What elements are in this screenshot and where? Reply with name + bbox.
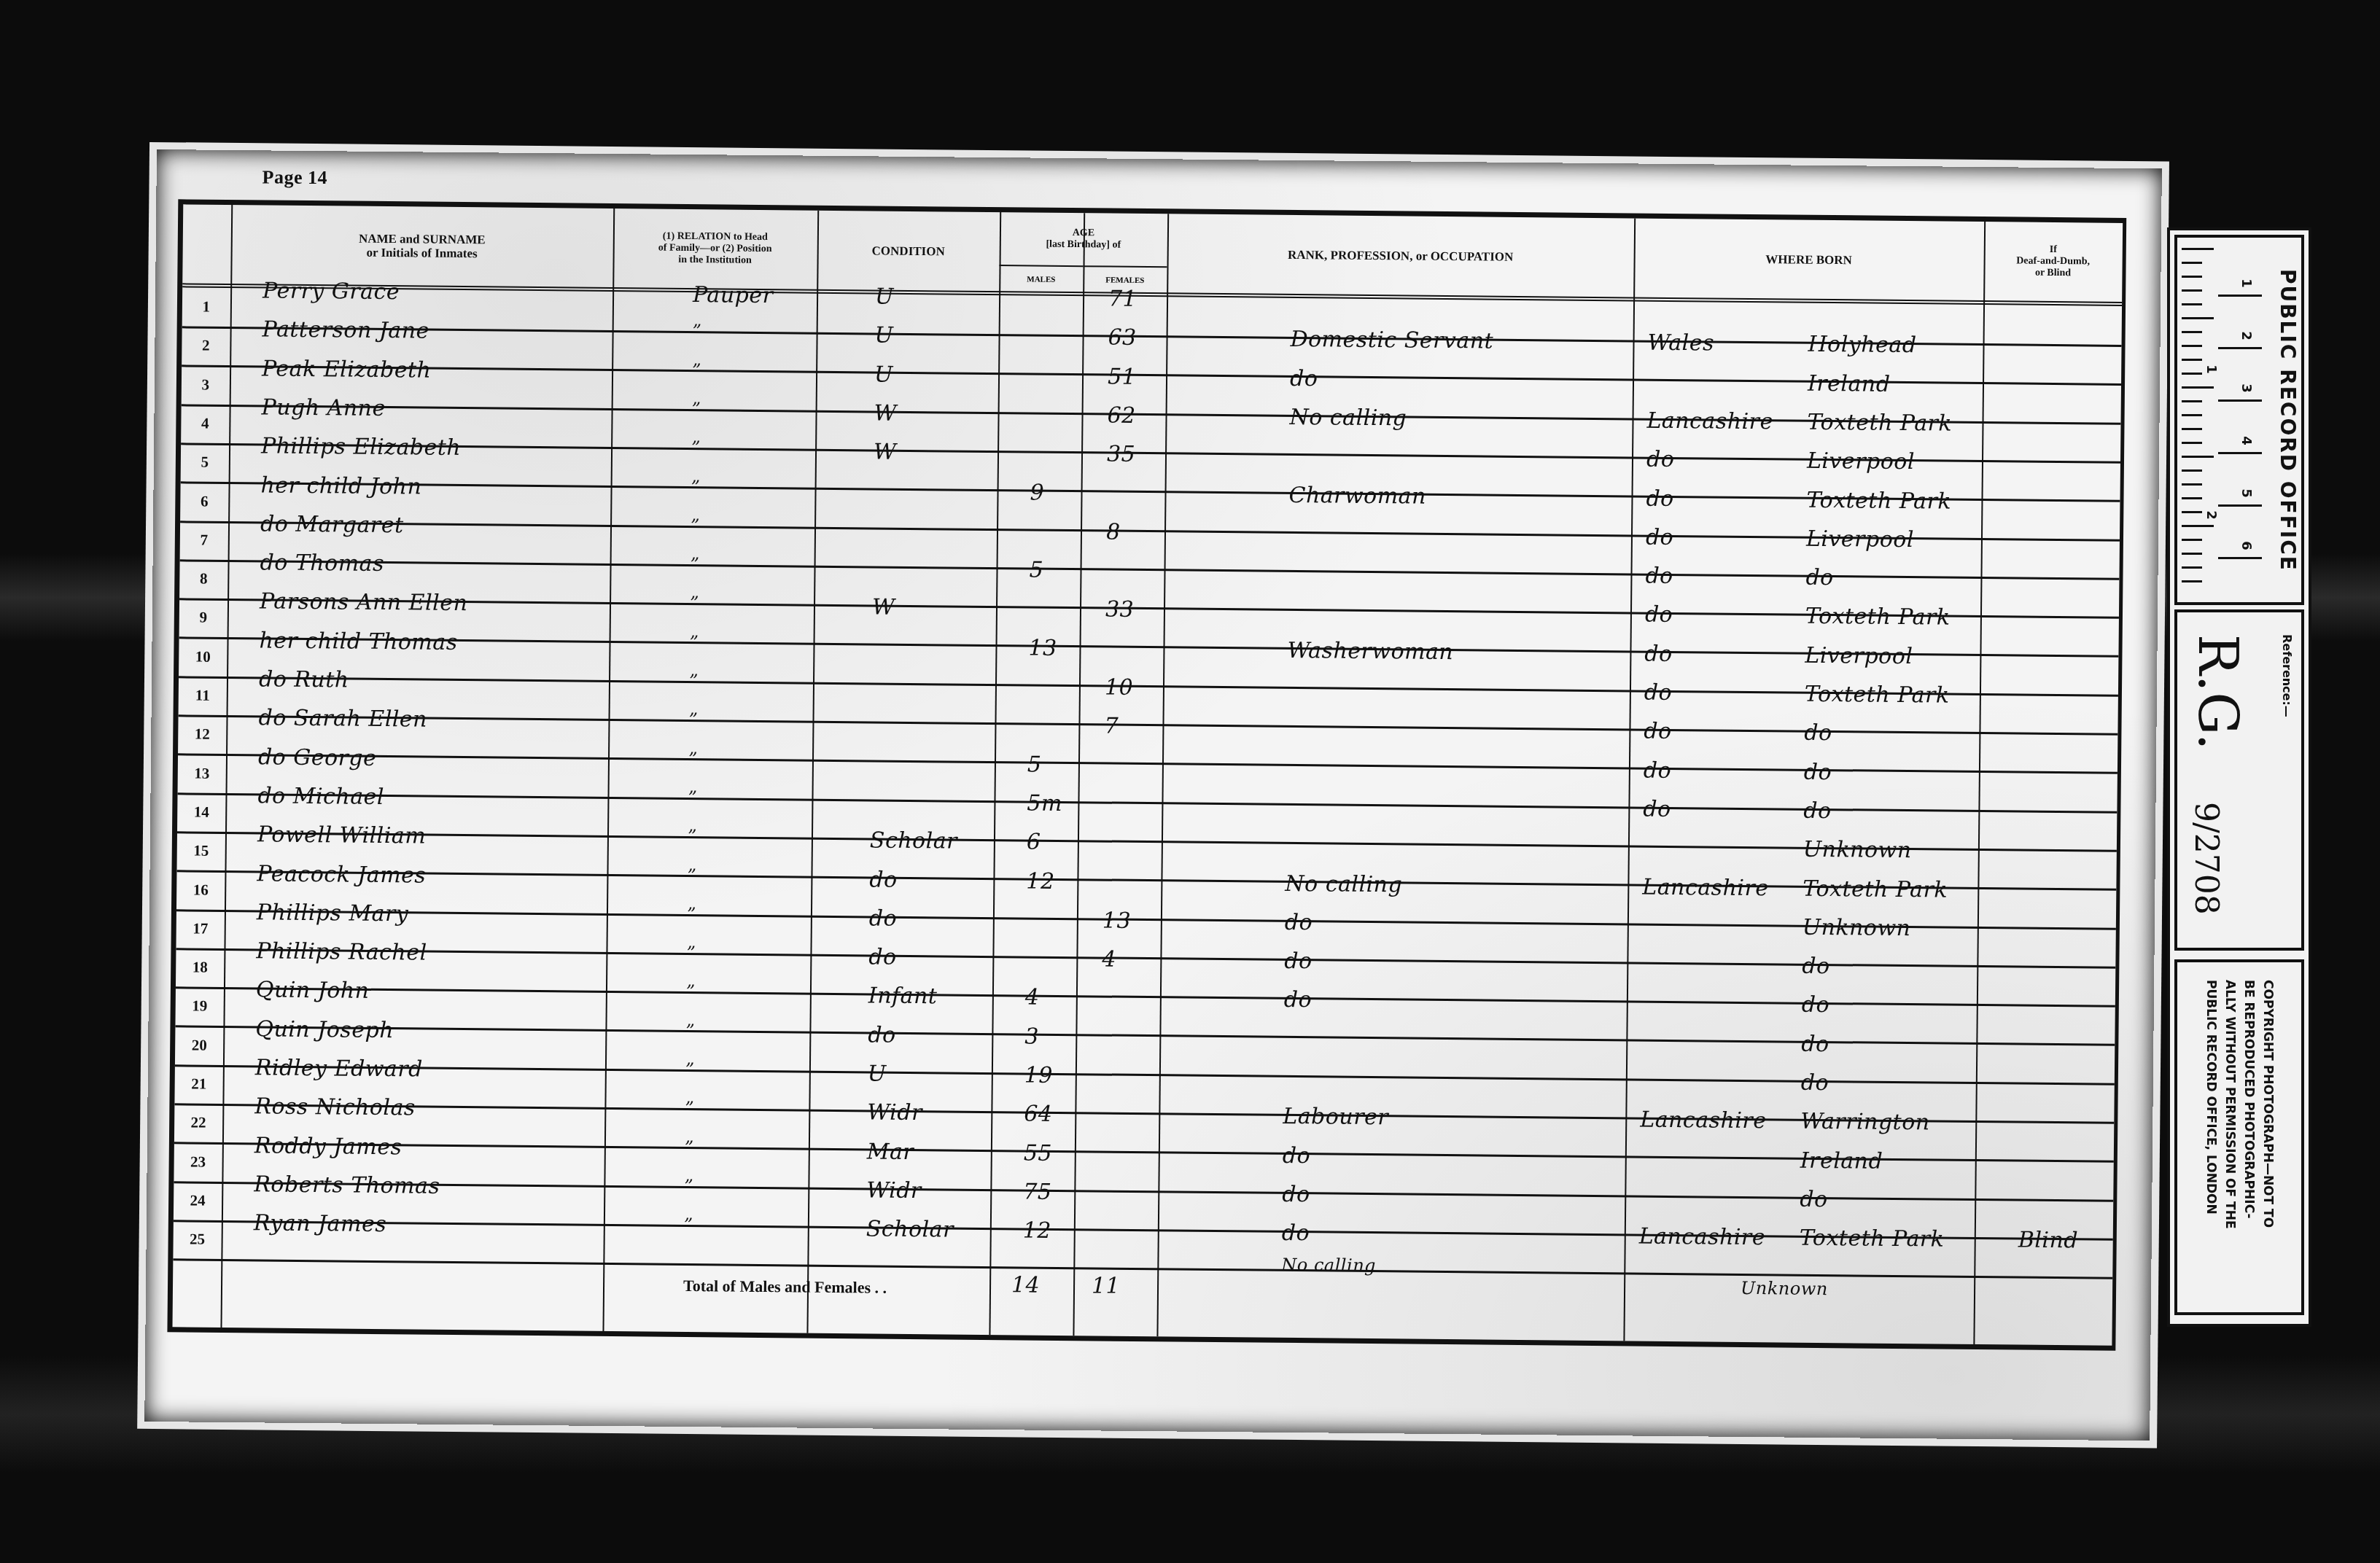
born-county-cell: do: [1644, 757, 1672, 783]
condition-cell: do: [868, 1022, 896, 1048]
totals-label: Total of Males and Females . .: [683, 1276, 887, 1298]
age-female-cell: 10: [1105, 675, 1134, 701]
row-number: 14: [177, 803, 225, 822]
header-text: Deaf-and-Dumb,: [2016, 255, 2090, 268]
relation-cell: ”: [688, 826, 697, 846]
page-number: Page 14: [262, 166, 327, 189]
inmate-name: Perry Grace: [262, 278, 400, 305]
ruler-tick: [2182, 317, 2214, 319]
condition-cell: Mar: [867, 1139, 914, 1165]
row-number: 3: [182, 375, 230, 394]
row-number: 23: [174, 1153, 222, 1172]
relation-cell: ”: [684, 1176, 693, 1196]
born-county-cell: Wales: [1647, 330, 1714, 356]
born-county-cell: do: [1646, 447, 1675, 472]
ruler-tick: [2182, 331, 2202, 333]
row-number: 5: [181, 453, 229, 472]
condition-cell: W: [874, 400, 897, 426]
relation-cell: ”: [691, 515, 700, 536]
born-place-cell: do: [1800, 1187, 1828, 1212]
header-age-males: MALES: [999, 265, 1083, 293]
condition-cell: do: [868, 945, 897, 970]
inmate-name: Ridley Edward: [255, 1055, 423, 1082]
occupation-cell: do: [1283, 1142, 1311, 1168]
copyright-text: COPYRIGHT PHOTOGRAPH—NOT TOBE REPRODUCED…: [2201, 962, 2277, 1312]
born-place-cell: Liverpool: [1805, 642, 1913, 669]
row-number: 8: [179, 569, 227, 588]
ruler-inch-label: 1: [2204, 365, 2219, 374]
inmate-name: Quin John: [256, 978, 370, 1004]
age-male-cell: 13: [1028, 635, 1057, 660]
born-county-cell: do: [1645, 564, 1673, 589]
infirmity-cell: Blind: [2018, 1228, 2079, 1254]
row-number: 22: [174, 1114, 222, 1133]
ruler-tick: [2182, 497, 2202, 499]
born-place-cell: Warrington: [1800, 1109, 1930, 1136]
born-place-cell: Toxteth Park: [1806, 487, 1951, 514]
inmate-name: do George: [258, 744, 377, 771]
ruler-cm-label: 3: [2239, 383, 2254, 393]
ruler-tick: [2182, 428, 2202, 430]
relation-cell: ”: [693, 321, 702, 341]
born-county-cell: do: [1643, 797, 1671, 822]
ruler-box: [2218, 452, 2262, 454]
ruler-tick: [2182, 553, 2202, 555]
age-male-cell: 12: [1023, 1218, 1052, 1244]
age-male-cell: 64: [1024, 1102, 1053, 1127]
born-place-cell: do: [1805, 565, 1834, 590]
ruler-tick: [2182, 373, 2202, 375]
condition-cell: do: [869, 905, 898, 931]
inmate-name: do Sarah Ellen: [258, 706, 427, 733]
row-number: 12: [178, 725, 226, 744]
inmate-name: Quin Joseph: [255, 1016, 394, 1043]
born-place-cell: Toxteth Park: [1805, 604, 1951, 631]
copyright-notice: COPYRIGHT PHOTOGRAPH—NOT TOBE REPRODUCED…: [2174, 959, 2304, 1315]
born-place-cell: do: [1804, 720, 1832, 746]
born-place-cell: Toxteth Park: [1805, 682, 1950, 709]
age-female-cell: 35: [1107, 442, 1136, 467]
reference-box: R.G. Reference:— 9/2708: [2174, 609, 2304, 951]
census-table: NAME and SURNAME or Initials of Inmates …: [167, 199, 2126, 1351]
born-place-cell: do: [1804, 759, 1832, 784]
inmate-name: do Margaret: [260, 511, 404, 538]
born-place-cell: Unknown: [1802, 915, 1911, 941]
header-condition: CONDITION: [817, 211, 1000, 291]
relation-cell: ”: [687, 904, 696, 924]
relation-cell: ”: [688, 749, 698, 769]
extra-born: Unknown: [1741, 1278, 1828, 1299]
total-females: 11: [1092, 1273, 1121, 1298]
relation-cell: ”: [691, 399, 701, 419]
ruler-box: [2218, 557, 2262, 559]
office-name: PUBLIC RECORD OFFICE: [2271, 245, 2300, 595]
occupation-cell: do: [1284, 987, 1312, 1013]
header-infirmity: If Deaf-and-Dumb, or Blind: [1983, 222, 2123, 302]
occupation-cell: do: [1285, 910, 1313, 935]
row-number: 19: [176, 997, 224, 1016]
relation-cell: ”: [690, 554, 699, 574]
age-male-cell: 3: [1024, 1024, 1039, 1049]
condition-cell: W: [874, 440, 897, 465]
ruler-cm-label: 1: [2239, 278, 2254, 288]
born-county-cell: Lancashire: [1646, 408, 1773, 435]
age-female-cell: 62: [1107, 402, 1136, 428]
relation-cell: ”: [691, 437, 701, 458]
ruler-tick: [2182, 345, 2202, 347]
row-number: 17: [176, 919, 225, 938]
row-number: 6: [180, 492, 228, 511]
relation-cell: Pauper: [693, 282, 774, 308]
age-female-cell: 33: [1105, 597, 1135, 623]
relation-cell: ”: [689, 671, 699, 691]
relation-cell: ”: [685, 1098, 694, 1118]
row-number: 24: [174, 1191, 222, 1210]
copyright-line: PUBLIC RECORD OFFICE, LONDON: [2201, 980, 2220, 1312]
relation-cell: ”: [685, 1137, 694, 1158]
condition-cell: W: [872, 595, 895, 620]
inmate-name: Roddy James: [254, 1133, 402, 1160]
inmate-name: Ryan James: [254, 1211, 387, 1238]
born-place-cell: do: [1803, 798, 1832, 824]
row-number: 16: [176, 881, 225, 900]
age-male-cell: 6: [1027, 830, 1041, 855]
row-number: 10: [179, 647, 227, 666]
age-female-cell: 13: [1102, 908, 1132, 933]
ruler-tick: [2182, 359, 2202, 361]
relation-cell: ”: [691, 477, 700, 497]
born-place-cell: do: [1801, 1070, 1829, 1096]
ruler-inch-label: 2: [2204, 510, 2219, 520]
header-text: AGE: [1073, 227, 1094, 239]
age-female-cell: 8: [1106, 519, 1121, 545]
row-number: 4: [181, 414, 229, 433]
relation-cell: ”: [686, 981, 696, 1002]
inmate-name: do Michael: [257, 783, 384, 810]
ruler-tick: [2182, 511, 2202, 513]
ruler-tick: [2182, 289, 2202, 292]
occupation-cell: Labourer: [1283, 1104, 1388, 1130]
age-male-cell: 12: [1026, 868, 1055, 894]
ruler-tick: [2182, 248, 2214, 250]
ruler-tick: [2182, 262, 2202, 264]
born-county-cell: do: [1644, 641, 1673, 666]
born-place-cell: Ireland: [1800, 1147, 1883, 1174]
born-place-cell: Toxteth Park: [1802, 876, 1948, 903]
header-name: NAME and SURNAME or Initials of Inmates: [230, 205, 613, 287]
age-female-cell: 7: [1104, 714, 1119, 739]
relation-cell: ”: [688, 709, 698, 730]
relation-cell: ”: [686, 943, 696, 963]
occupation-cell: do: [1284, 948, 1312, 974]
inmate-name: Phillips Mary: [257, 900, 409, 927]
row-number: 9: [179, 609, 227, 628]
row-number: 13: [178, 764, 226, 783]
inmate-name: do Thomas: [260, 550, 384, 577]
age-female-cell: 4: [1102, 947, 1116, 973]
ruler-box: [2218, 399, 2262, 402]
ruler-tick: [2182, 469, 2202, 472]
born-place-cell: Unknown: [1803, 837, 1912, 863]
relation-cell: ”: [687, 865, 696, 886]
ruler-box: [2218, 347, 2262, 349]
row-number: 25: [174, 1230, 222, 1249]
born-place-cell: do: [1801, 1031, 1829, 1056]
ruler-tick: [2182, 276, 2202, 278]
condition-cell: U: [874, 362, 893, 387]
age-male-cell: 9: [1030, 480, 1044, 505]
inmate-name: Pugh Anne: [261, 394, 385, 421]
born-place-cell: Holyhead: [1808, 332, 1916, 358]
condition-cell: Infant: [868, 983, 938, 1010]
inmate-name: Parsons Ann Ellen: [260, 589, 468, 617]
inmate-name: her child Thomas: [259, 628, 457, 655]
census-sheet: Page 14 NAME and SURNAME or Initials of …: [144, 149, 2162, 1441]
series-code: R.G.: [2186, 634, 2249, 750]
age-female-cell: 71: [1108, 287, 1137, 312]
born-county-cell: Lancashire: [1640, 1107, 1767, 1134]
inmate-name: Patterson Jane: [262, 317, 429, 344]
ruler-cm-label: 4: [2239, 436, 2254, 445]
header-text: NAME and SURNAME: [359, 232, 486, 247]
born-place-cell: Toxteth Park: [1807, 410, 1952, 437]
relation-cell: ”: [685, 1059, 695, 1080]
born-county-cell: do: [1646, 486, 1674, 511]
ruler-tick: [2182, 456, 2214, 458]
born-place-cell: Toxteth Park: [1800, 1225, 1945, 1252]
born-place-cell: do: [1802, 992, 1830, 1018]
copyright-line: ALLY WITHOUT PERMISSION OF THE: [2220, 980, 2239, 1312]
occupation-cell: do: [1290, 366, 1318, 391]
born-place-cell: do: [1802, 954, 1830, 979]
occupation-cell: Domestic Servant: [1290, 327, 1493, 354]
scale-ruler: PUBLIC RECORD OFFICE 12345612: [2174, 235, 2304, 605]
header-text: in the Institution: [678, 254, 752, 267]
row-number: 11: [179, 686, 227, 705]
age-male-cell: 19: [1024, 1062, 1054, 1088]
header-relation: (1) RELATION to Head of Family—or (2) Po…: [612, 208, 817, 289]
born-county-cell: Lancashire: [1639, 1224, 1766, 1251]
born-place-cell: Ireland: [1808, 370, 1891, 397]
reference-strip: PUBLIC RECORD OFFICE 12345612 R.G. Refer…: [2167, 227, 2311, 1327]
age-male-cell: 75: [1023, 1179, 1052, 1204]
born-county-cell: do: [1644, 680, 1673, 706]
ruler-tick: [2182, 483, 2202, 486]
row-number: 21: [175, 1075, 223, 1094]
age-female-cell: 63: [1108, 325, 1137, 351]
occupation-cell: Washerwoman: [1287, 638, 1453, 665]
relation-cell: ”: [684, 1215, 693, 1235]
header-age: AGE [last Birthday] of: [1000, 212, 1168, 266]
inmate-name: Roberts Thomas: [254, 1172, 440, 1198]
ruler-tick: [2182, 442, 2202, 444]
age-male-cell: 55: [1024, 1140, 1053, 1166]
condition-cell: Scholar: [866, 1217, 954, 1243]
born-place-cell: Liverpool: [1807, 448, 1915, 475]
relation-cell: ”: [692, 360, 701, 381]
header-text: or Initials of Inmates: [366, 246, 477, 260]
occupation-cell: do: [1282, 1220, 1310, 1246]
condition-cell: Widr: [867, 1100, 922, 1126]
born-county-cell: do: [1644, 719, 1672, 744]
row-number: 2: [182, 337, 230, 356]
header-text: or Blind: [2035, 268, 2071, 279]
inmate-name: Peacock James: [257, 861, 426, 888]
ruler-tick: [2182, 566, 2202, 569]
occupation-cell: No calling: [1289, 405, 1407, 432]
header-occupation: RANK, PROFESSION, or OCCUPATION: [1167, 214, 1634, 297]
inmate-name: Ross Nicholas: [254, 1094, 416, 1121]
born-place-cell: Liverpool: [1806, 526, 1914, 553]
occupation-cell: do: [1282, 1182, 1310, 1207]
born-county-cell: do: [1646, 524, 1674, 550]
row-number: 18: [176, 958, 224, 977]
header-text: (1) RELATION to Head: [663, 231, 768, 243]
age-male-cell: 5m: [1027, 790, 1062, 816]
inmate-name: do Ruth: [259, 666, 349, 693]
age-male-cell: 5: [1029, 558, 1043, 583]
piece-number: 9/2708: [2187, 802, 2225, 915]
header-where-born: WHERE BORN: [1633, 218, 1984, 300]
inmate-name: Phillips Elizabeth: [261, 434, 461, 461]
row-number: 1: [182, 297, 230, 316]
ruler-cm-label: 2: [2239, 331, 2254, 340]
condition-cell: U: [868, 1061, 887, 1086]
relation-cell: ”: [689, 632, 699, 652]
condition-cell: Scholar: [870, 828, 957, 854]
inmate-name: Peak Elizabeth: [262, 356, 432, 383]
inmate-name: Powell William: [257, 822, 427, 849]
reference-label: Reference:—: [2280, 634, 2294, 717]
copyright-line: COPYRIGHT PHOTOGRAPH—NOT TO: [2258, 980, 2277, 1312]
header-text: of Family—or (2) Position: [658, 243, 772, 255]
row-number: 7: [180, 531, 228, 550]
ruler-tick: [2182, 400, 2202, 402]
ruler-tick: [2182, 525, 2214, 527]
age-female-cell: 51: [1108, 364, 1137, 389]
row-number: 15: [177, 841, 225, 860]
inmate-name: Phillips Rachel: [256, 938, 427, 965]
condition-cell: Widr: [866, 1177, 922, 1204]
ruler-box: [2218, 295, 2262, 297]
relation-cell: ”: [685, 1021, 695, 1041]
ruler-tick: [2182, 580, 2202, 582]
relation-cell: ”: [688, 787, 697, 808]
ruler-tick: [2182, 539, 2202, 541]
occupation-cell: No calling: [1285, 870, 1402, 897]
condition-cell: U: [874, 323, 893, 348]
condition-cell: U: [875, 284, 894, 309]
relation-cell: ”: [690, 593, 699, 613]
born-county-cell: do: [1645, 602, 1673, 628]
header-text: [last Birthday] of: [1046, 239, 1121, 252]
copyright-line: BE REPRODUCED PHOTOGRAPHIC-: [2239, 980, 2258, 1312]
ruler-cm-label: 6: [2239, 541, 2254, 550]
header-text: If: [2050, 244, 2057, 256]
row-number: 20: [175, 1036, 223, 1055]
born-county-cell: Lancashire: [1642, 874, 1769, 901]
total-males: 14: [1011, 1272, 1041, 1298]
extra-occupation: No calling: [1281, 1255, 1376, 1276]
condition-cell: do: [869, 867, 898, 892]
occupation-cell: Charwoman: [1288, 482, 1426, 509]
ruler-tick: [2182, 414, 2202, 416]
ruler-cm-label: 5: [2239, 488, 2254, 498]
inmate-name: her child John: [260, 472, 421, 499]
ruler-tick: [2182, 386, 2214, 389]
ruler-box: [2218, 504, 2262, 507]
ruler-tick: [2182, 303, 2202, 305]
age-male-cell: 5: [1027, 752, 1042, 777]
age-male-cell: 4: [1025, 985, 1040, 1010]
